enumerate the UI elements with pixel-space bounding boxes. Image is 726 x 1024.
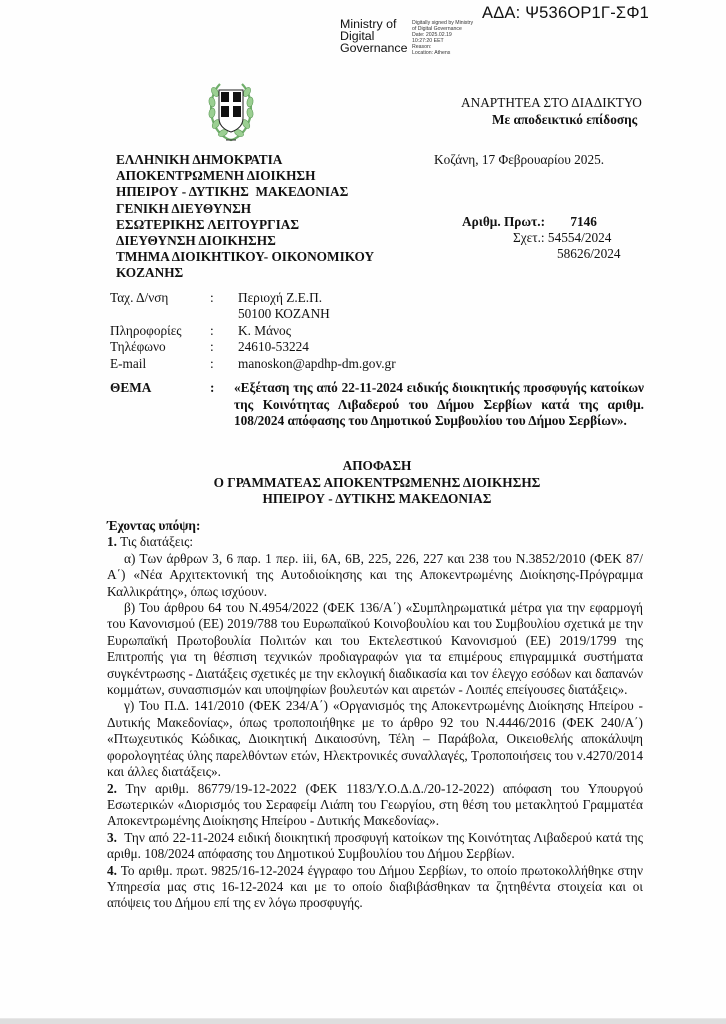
info-label: Πληροφορίες	[110, 323, 210, 339]
contact-details: Ταχ. Δ/νση : Περιοχή Ζ.Ε.Π. 50100 ΚΟΖΑΝΗ…	[110, 290, 396, 372]
phone-value: 24610-53224	[238, 339, 309, 355]
item-text: Την αριθμ. 86779/19-12-2022 (ΦΕΚ 1183/Υ.…	[107, 781, 643, 829]
ministry-logo-text: Ministry of Digital Governance	[340, 18, 408, 54]
publish-online-label: ΑΝΑΡΤΗΤΕΑ ΣΤΟ ΔΙΑΔΙΚΤΥΟ	[461, 94, 642, 111]
publication-notice: ΑΝΑΡΤΗΤΕΑ ΣΤΟ ΔΙΑΔΙΚΤΥΟ Με αποδεικτικό ε…	[461, 94, 642, 128]
separator: :	[210, 323, 238, 339]
delivery-proof-label: Με αποδεικτικό επίδοσης	[461, 111, 642, 128]
decision-issuer: Ο ΓΡΑΜΜΑΤΕΑΣ ΑΠΟΚΕΝΤΡΩΜΕΝΗΣ ΔΙΟΙΚΗΣΗΣ	[110, 475, 644, 492]
authority-line: ΔΙΕΥΘΥΝΣΗ ΔΙΟΙΚΗΣΗΣ	[116, 233, 374, 249]
decision-region: ΗΠΕΙΡΟΥ - ΔΥΤΙΚΗΣ ΜΑΚΕΔΟΝΙΑΣ	[110, 491, 644, 508]
consideration-subitem: γ) Του Π.Δ. 141/2010 (ΦΕΚ 234/Α΄) «Οργαν…	[107, 698, 643, 780]
authority-line: ΤΜΗΜΑ ΔΙΟΙΚΗΤΙΚΟΥ- ΟΙΚΟΝΟΜΙΚΟΥ	[116, 249, 374, 265]
item-text: Τις διατάξεις:	[117, 534, 193, 549]
info-value: Κ. Μάνος	[238, 323, 291, 339]
email-label: E-mail	[110, 356, 210, 372]
considerations-heading: Έχοντας υπόψη:	[107, 518, 200, 533]
page-bottom-edge	[0, 1018, 726, 1024]
authority-line: ΓΕΝΙΚΗ ΔΙΕΥΘΥΝΣΗ	[116, 201, 374, 217]
item-text: Το αριθμ. πρωτ. 9825/16-12-2024 έγγραφο …	[107, 863, 643, 911]
consideration-subitem: α) Των άρθρων 3, 6 παρ. 1 περ. iii, 6Α, …	[107, 551, 643, 600]
address-postcode: 50100 ΚΟΖΑΝΗ	[238, 306, 330, 322]
consideration-item: 2. Την αριθμ. 86779/19-12-2022 (ΦΕΚ 1183…	[107, 781, 643, 830]
protocol-label: Αριθμ. Πρωτ.:	[462, 214, 545, 229]
related-ref: 58626/2024	[462, 246, 621, 262]
signature-line: Location: Athens	[412, 50, 473, 56]
protocol-number: 7146	[570, 214, 597, 229]
consideration-item: 4. Το αριθμ. πρωτ. 9825/16-12-2024 έγγρα…	[107, 863, 643, 912]
separator: :	[210, 356, 238, 372]
address-label: Ταχ. Δ/νση	[110, 290, 210, 306]
document-body: Έχοντας υπόψη: 1. Τις διατάξεις: α) Των …	[107, 518, 643, 912]
consideration-item: 1. Τις διατάξεις:	[107, 534, 643, 550]
ada-code: ΑΔΑ: Ψ536ΟΡ1Γ-ΣΦ1	[482, 4, 649, 23]
item-number: 2.	[107, 781, 117, 796]
item-number: 1.	[107, 534, 117, 549]
authority-line: ΚΟΖΑΝΗΣ	[116, 265, 374, 281]
item-text: Την από 22-11-2024 ειδική διοικητική προ…	[107, 830, 646, 861]
phone-label: Τηλέφωνο	[110, 339, 210, 355]
authority-line: ΗΠΕΙΡΟΥ - ΔΥΤΙΚΗΣ ΜΑΚΕΔΟΝΙΑΣ	[116, 184, 374, 200]
greek-coat-of-arms-icon	[206, 78, 256, 144]
item-number: 4.	[107, 863, 117, 878]
separator: :	[210, 380, 234, 430]
authority-line: ΕΣΩΤΕΡΙΚΗΣ ΛΕΙΤΟΥΡΓΙΑΣ	[116, 217, 374, 233]
decision-title: ΑΠΟΦΑΣΗ	[110, 458, 644, 475]
issuing-authority: ΕΛΛΗΝΙΚΗ ΔΗΜΟΚΡΑΤΙΑ ΑΠΟΚΕΝΤΡΩΜΕΝΗ ΔΙΟΙΚΗ…	[116, 152, 374, 282]
related-label: Σχετ.:	[513, 230, 545, 245]
authority-line: ΕΛΛΗΝΙΚΗ ΔΗΜΟΚΡΑΤΙΑ	[116, 152, 374, 168]
protocol-block: Αριθμ. Πρωτ.: 7146 Σχετ.: 54554/2024 586…	[462, 214, 621, 263]
consideration-item: 3. Την από 22-11-2024 ειδική διοικητική …	[107, 830, 643, 863]
digital-signature: Digitally signed by Ministry of Digital …	[412, 20, 473, 56]
authority-line: ΑΠΟΚΕΝΤΡΩΜΕΝΗ ΔΙΟΙΚΗΣΗ	[116, 168, 374, 184]
subject-label: ΘΕΜΑ	[110, 380, 210, 430]
subject-block: ΘΕΜΑ : «Εξέταση της από 22-11-2024 ειδικ…	[110, 380, 644, 430]
ministry-line: Governance	[340, 42, 408, 54]
email-link[interactable]: manoskon@apdhp-dm.gov.gr	[238, 356, 396, 372]
item-number: 3.	[107, 830, 117, 845]
subject-text: «Εξέταση της από 22-11-2024 ειδικής διοι…	[234, 380, 644, 430]
decision-heading: ΑΠΟΦΑΣΗ Ο ΓΡΑΜΜΑΤΕΑΣ ΑΠΟΚΕΝΤΡΩΜΕΝΗΣ ΔΙΟΙ…	[110, 458, 644, 508]
document-date: Κοζάνη, 17 Φεβρουαρίου 2025.	[434, 152, 604, 168]
consideration-subitem: β) Του άρθρου 64 του Ν.4954/2022 (ΦΕΚ 13…	[107, 600, 643, 698]
address-value: Περιοχή Ζ.Ε.Π.	[238, 290, 322, 306]
separator: :	[210, 290, 238, 306]
related-ref: 54554/2024	[548, 230, 612, 245]
separator: :	[210, 339, 238, 355]
